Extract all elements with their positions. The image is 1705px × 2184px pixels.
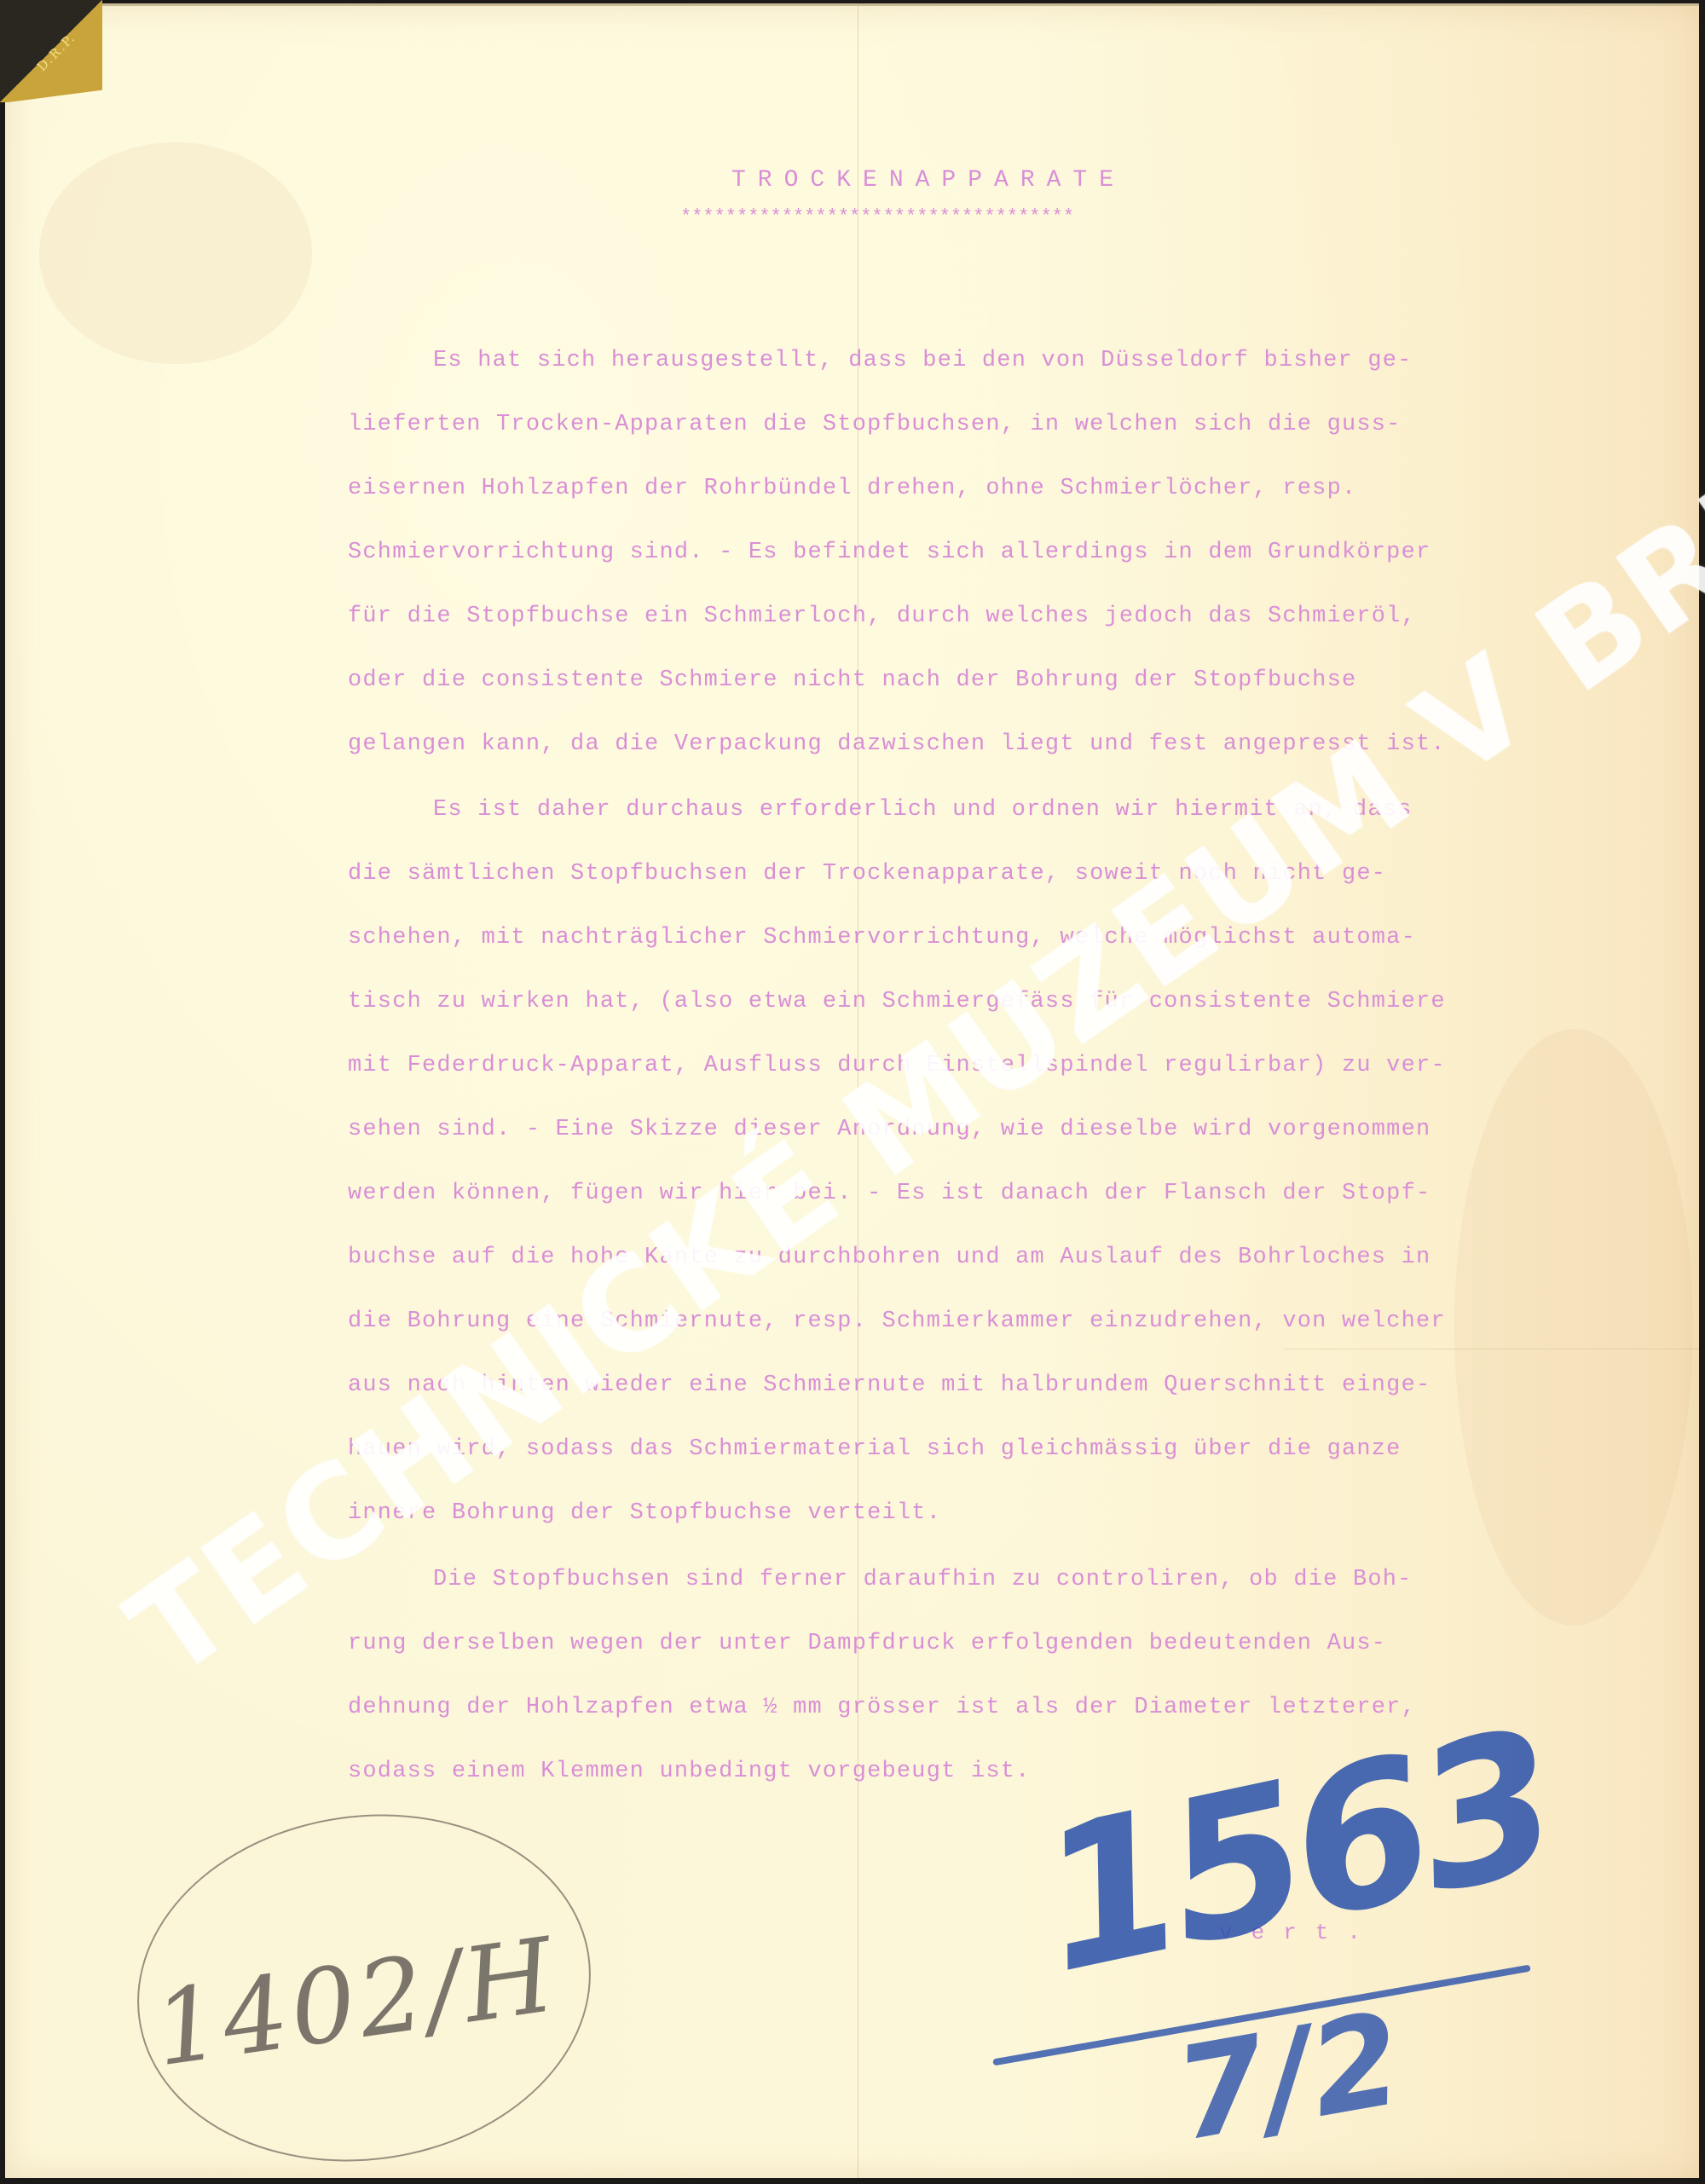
text-line: Es hat sich herausgestellt, dass bei den… bbox=[433, 348, 1413, 373]
text-line: oder die consistente Schmiere nicht nach… bbox=[348, 667, 1356, 693]
text-line: rung derselben wegen der unter Dampfdruc… bbox=[348, 1631, 1386, 1656]
text-line: Die Stopfbuchsen sind ferner daraufhin z… bbox=[433, 1567, 1413, 1592]
brass-corner-clip: D.R.P. bbox=[0, 0, 102, 102]
paper-stain bbox=[1454, 1029, 1693, 1626]
text-line: Schmiervorrichtung sind. - Es befindet s… bbox=[348, 540, 1430, 565]
clip-stamp: D.R.P. bbox=[34, 30, 78, 74]
text-line: eisernen Hohlzapfen der Rohrbündel drehe… bbox=[348, 476, 1356, 501]
text-line: lieferten Trocken-Apparaten die Stopfbuc… bbox=[348, 412, 1402, 437]
text-line: buchse auf die hohe Kante zu durchbohren… bbox=[348, 1245, 1430, 1270]
text-line: gelangen kann, da die Verpackung dazwisc… bbox=[348, 731, 1446, 757]
text-line: sodass einem Klemmen unbedingt vorgebeug… bbox=[348, 1759, 1031, 1784]
text-line: tisch zu wirken hat, (also etwa ein Schm… bbox=[348, 989, 1446, 1014]
document-title: TROCKENAPPARATE bbox=[731, 167, 1125, 194]
paper-stain bbox=[39, 142, 312, 364]
text-line: für die Stopfbuchse ein Schmierloch, dur… bbox=[348, 604, 1416, 629]
title-underline: *********************************** bbox=[680, 206, 1074, 228]
text-line: dehnung der Hohlzapfen etwa ½ mm grösser… bbox=[348, 1695, 1416, 1720]
